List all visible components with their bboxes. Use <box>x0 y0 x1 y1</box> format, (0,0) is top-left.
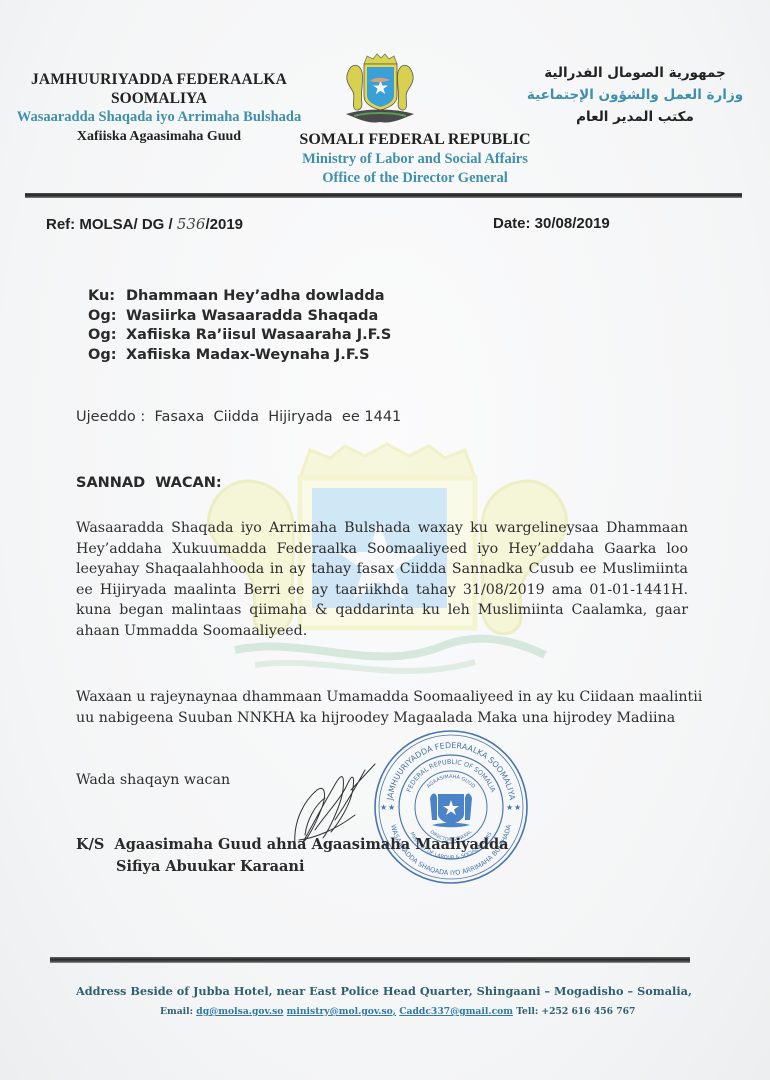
seal-center-top-text: AGAASIMAHA GUUD <box>426 774 476 790</box>
svg-text:★: ★ <box>514 803 521 812</box>
official-seal-stamp-icon: JAMHUURIYADDA FEDERAALKA SOOMALIYA FEDER… <box>372 728 530 886</box>
addressee-list: Ku:Dhammaan Hey’adha dowladda Og:Wasiirk… <box>88 287 391 365</box>
somalia-coat-of-arms-icon <box>340 52 420 128</box>
addressee-value: Xafiiska Ra’iisul Wasaaraha J.F.S <box>126 327 391 343</box>
ref-suffix: /2019 <box>205 216 243 233</box>
email-link-dg[interactable]: dg@molsa.gov.so <box>196 1006 283 1017</box>
svg-text:★: ★ <box>380 803 387 812</box>
header-english-block: SOMALI FEDERAL REPUBLIC Ministry of Labo… <box>270 130 560 188</box>
signatory-title: K/S Agaasimaha Guud ahna Agaasimaha Maal… <box>76 836 509 853</box>
reference-number: Ref: MOLSA/ DG / 536/2019 <box>46 215 243 233</box>
svg-text:★: ★ <box>506 803 513 812</box>
header-arabic-block: جمهورية الصومال الفدرالية وزارة العمل وا… <box>500 62 770 128</box>
tel-number: +252 616 456 767 <box>541 1006 635 1017</box>
subject-line: Ujeeddo : Fasaxa Ciidda Hijiryada ee 144… <box>76 409 401 425</box>
ref-prefix: Ref: MOLSA/ DG / <box>46 216 177 233</box>
email-label: Email: <box>160 1006 193 1017</box>
greeting: SANNAD WACAN: <box>76 475 222 491</box>
email-link-gmail[interactable]: Caddc337@gmail.com <box>399 1006 513 1017</box>
body-paragraph-1: Wasaaradda Shaqada iyo Arrimaha Bulshada… <box>76 518 688 641</box>
addressee-value: Dhammaan Hey’adha dowladda <box>126 288 385 304</box>
addressee-key: Og: <box>88 307 126 327</box>
footer-address: Address Beside of Jubba Hotel, near East… <box>76 984 692 998</box>
header-left-line1: JAMHUURIYADDA FEDERAALKA <box>0 70 318 89</box>
addressee-key: Ku: <box>88 287 126 307</box>
letter-date: Date: 30/08/2019 <box>493 215 610 232</box>
header-center-ministry: Ministry of Labor and Social Affairs <box>270 150 560 169</box>
footer-divider <box>50 957 690 963</box>
addressee-key: Og: <box>88 346 126 366</box>
addressee-value: Wasiirka Wasaaradda Shaqada <box>126 308 378 324</box>
header-right-office: مكتب المدير العام <box>500 106 770 128</box>
ref-handwritten-number: 536 <box>177 215 206 233</box>
header-divider <box>25 193 742 198</box>
tel-label: Tell: <box>516 1006 538 1017</box>
addressee-value: Xafiiska Madax-Weynaha J.F.S <box>126 347 370 363</box>
header-right-ministry: وزارة العمل والشؤون الإجتماعية <box>500 84 770 106</box>
footer-contact: Email: dg@molsa.gov.so ministry@mol.gov.… <box>160 1006 635 1017</box>
addressee-row: Og:Wasiirka Wasaaradda Shaqada <box>88 307 391 327</box>
email-link-ministry[interactable]: ministry@mol.gov.so, <box>287 1006 396 1017</box>
closing-line: Wada shaqayn wacan <box>76 772 230 788</box>
header-left-ministry: Wasaaradda Shaqada iyo Arrimaha Bulshada <box>0 108 318 127</box>
addressee-row: Og:Xafiiska Madax-Weynaha J.F.S <box>88 346 391 366</box>
body-paragraph-2: Waxaan u rajeynaynaa dhammaan Umamadda S… <box>76 687 716 729</box>
signatory-name: Sifiya Abuukar Karaani <box>116 858 304 875</box>
addressee-key: Og: <box>88 326 126 346</box>
header-right-line1: جمهورية الصومال الفدرالية <box>500 62 770 84</box>
addressee-row: Og:Xafiiska Ra’iisul Wasaaraha J.F.S <box>88 326 391 346</box>
addressee-row: Ku:Dhammaan Hey’adha dowladda <box>88 287 391 307</box>
header-left-line2: SOOMALIYA <box>0 89 318 108</box>
letter-page: JAMHUURIYADDA FEDERAALKA SOOMALIYA Wasaa… <box>0 0 770 1080</box>
header-center-republic: SOMALI FEDERAL REPUBLIC <box>270 130 560 150</box>
header-center-office: Office of the Director General <box>270 169 560 188</box>
svg-text:AGAASIMAHA GUUD: AGAASIMAHA GUUD <box>426 774 476 790</box>
svg-text:★: ★ <box>388 803 395 812</box>
